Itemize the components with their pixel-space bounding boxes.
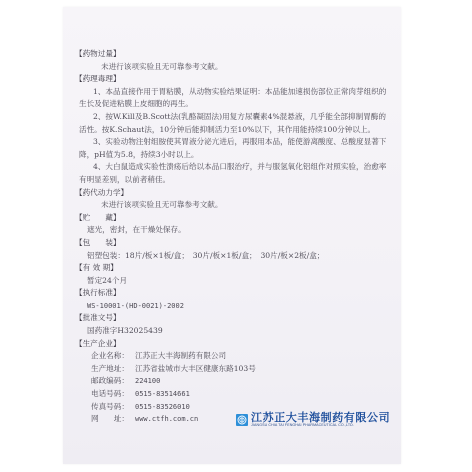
field-label: 企业名称： — [91, 350, 135, 363]
field-value: 0515-83526010 — [135, 401, 190, 414]
standard-text: WS-10001-(HD-0021)-2002 — [87, 300, 391, 313]
section-heading-validity: 【有 效 期】 — [75, 262, 391, 275]
section-heading-pharmacokinetics: 【药代动力学】 — [75, 187, 391, 200]
package-insert-sheet: 【药物过量】 未进行该项实验且无可靠参考文献。 【药理毒理】 1、本品直接作用于… — [63, 7, 401, 464]
section-heading-overdose: 【药物过量】 — [75, 48, 391, 61]
section-heading-manufacturer: 【生产企业】 — [75, 338, 391, 351]
validity-text: 暂定24个月 — [87, 275, 391, 288]
field-value: 江苏正大丰海制药有限公司 — [135, 350, 226, 363]
manufacturer-field-phone: 电话号码： 0515-83514661 — [91, 388, 391, 401]
section-heading-storage: 【贮 藏】 — [75, 212, 391, 225]
overdose-text: 未进行该项实验且无可靠参考文献。 — [87, 61, 391, 74]
field-label: 网 址： — [91, 413, 135, 426]
company-name-en: JIANGSU CHIA TAI FENGHAI PHARMACEUTICAL … — [251, 423, 390, 428]
field-value: 0515-83514661 — [135, 388, 190, 401]
insert-content: 【药物过量】 未进行该项实验且无可靠参考文献。 【药理毒理】 1、本品直接作用于… — [79, 48, 391, 426]
pharmacology-item-1: 1、本品直接作用于胃粘膜，从动物实验结果证明：本品能加速损伤部位正常肉芽组织的生… — [79, 86, 391, 111]
section-heading-approval: 【批准文号】 — [75, 312, 391, 325]
approval-text: 国药准字H32025439 — [87, 325, 391, 338]
field-value: 江苏省盐城市大丰区健康东路103号 — [135, 363, 256, 376]
section-heading-packaging: 【包 装】 — [75, 237, 391, 250]
company-name-cn: 江苏正大丰海制药有限公司 — [251, 412, 390, 423]
packaging-text: 铝塑包装：18片/板×1板/盒； 30片/板×1板/盒； 30片/板×2板/盒； — [87, 250, 391, 263]
manufacturer-field-address: 生产地址： 江苏省盐城市大丰区健康东路103号 — [91, 363, 391, 376]
company-logo: 江苏正大丰海制药有限公司 JIANGSU CHIA TAI FENGHAI PH… — [236, 412, 390, 428]
section-heading-pharmacology: 【药理毒理】 — [75, 73, 391, 86]
pharmacokinetics-text: 未进行该项实验且无可靠参考文献。 — [87, 199, 391, 212]
pharmacology-item-4: 4、大白鼠造成实验性溃疡后给以本品口服治疗，并与服氢氧化铝组作对照实验，治愈率有… — [79, 161, 391, 186]
field-value: 224100 — [135, 375, 160, 388]
manufacturer-field-name: 企业名称： 江苏正大丰海制药有限公司 — [91, 350, 391, 363]
company-logo-icon — [236, 414, 248, 426]
manufacturer-field-postcode: 邮政编码： 224100 — [91, 375, 391, 388]
field-label: 传真号码： — [91, 401, 135, 414]
field-label: 生产地址： — [91, 363, 135, 376]
section-heading-standard: 【执行标准】 — [75, 287, 391, 300]
pharmacology-item-3: 3、实验动物注射组胺使其胃液分泌亢进后，再服用本品，能使游离酸度、总酸度显著下降… — [79, 136, 391, 161]
pharmacology-item-2: 2、按W.Kill及B.Scott法(乳酪凝固法)用复方尿囊素4%混悬液，几乎能… — [79, 111, 391, 136]
field-label: 电话号码： — [91, 388, 135, 401]
storage-text: 遮光，密封，在干燥处保存。 — [87, 224, 391, 237]
field-label: 邮政编码： — [91, 375, 135, 388]
field-value: www.ctfh.com.cn — [135, 413, 198, 426]
